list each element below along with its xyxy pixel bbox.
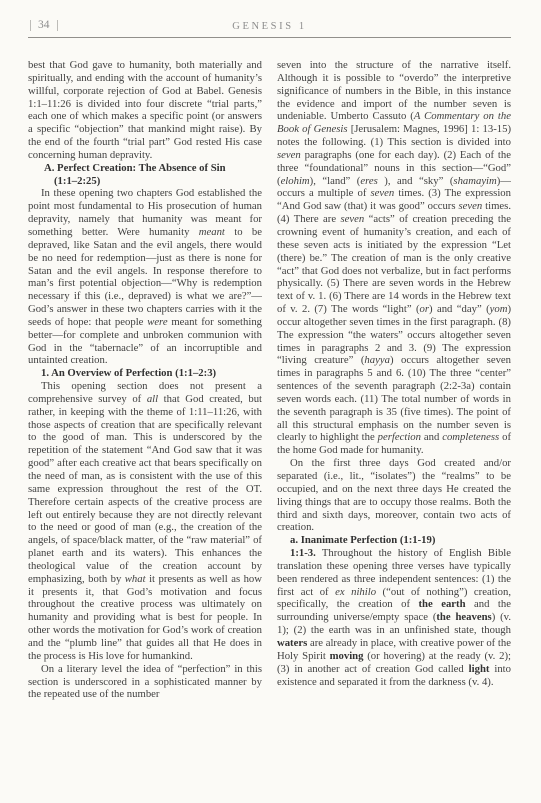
paragraph: In these opening two chapters God establ… bbox=[28, 187, 262, 367]
left-column: best that God gave to humanity, both mat… bbox=[28, 59, 262, 701]
section-heading-a-inanimate: a. Inanimate Perfection (1:1-19) bbox=[277, 534, 511, 547]
page-header: 34 GENESIS 1 bbox=[28, 19, 511, 34]
paragraph-continuation: seven into the structure of the narrativ… bbox=[277, 59, 511, 457]
paragraph: On the first three days God created and/… bbox=[277, 457, 511, 534]
section-heading-1: 1. An Overview of Perfection (1:1–2:3) bbox=[28, 367, 262, 380]
section-heading-a: A. Perfect Creation: The Absence of Sin(… bbox=[28, 162, 262, 188]
right-column: seven into the structure of the narrativ… bbox=[277, 59, 511, 701]
paragraph-continuation: best that God gave to humanity, both mat… bbox=[28, 59, 262, 162]
paragraph: 1:1-3. Throughout the history of English… bbox=[277, 547, 511, 688]
paragraph: On a literary level the idea of “perfect… bbox=[28, 663, 262, 702]
paragraph: This opening section does not present a … bbox=[28, 380, 262, 663]
text-columns: best that God gave to humanity, both mat… bbox=[28, 59, 511, 701]
book-page: 34 GENESIS 1 best that God gave to human… bbox=[0, 0, 541, 803]
running-header-title: GENESIS 1 bbox=[28, 21, 511, 32]
header-rule bbox=[28, 37, 511, 38]
